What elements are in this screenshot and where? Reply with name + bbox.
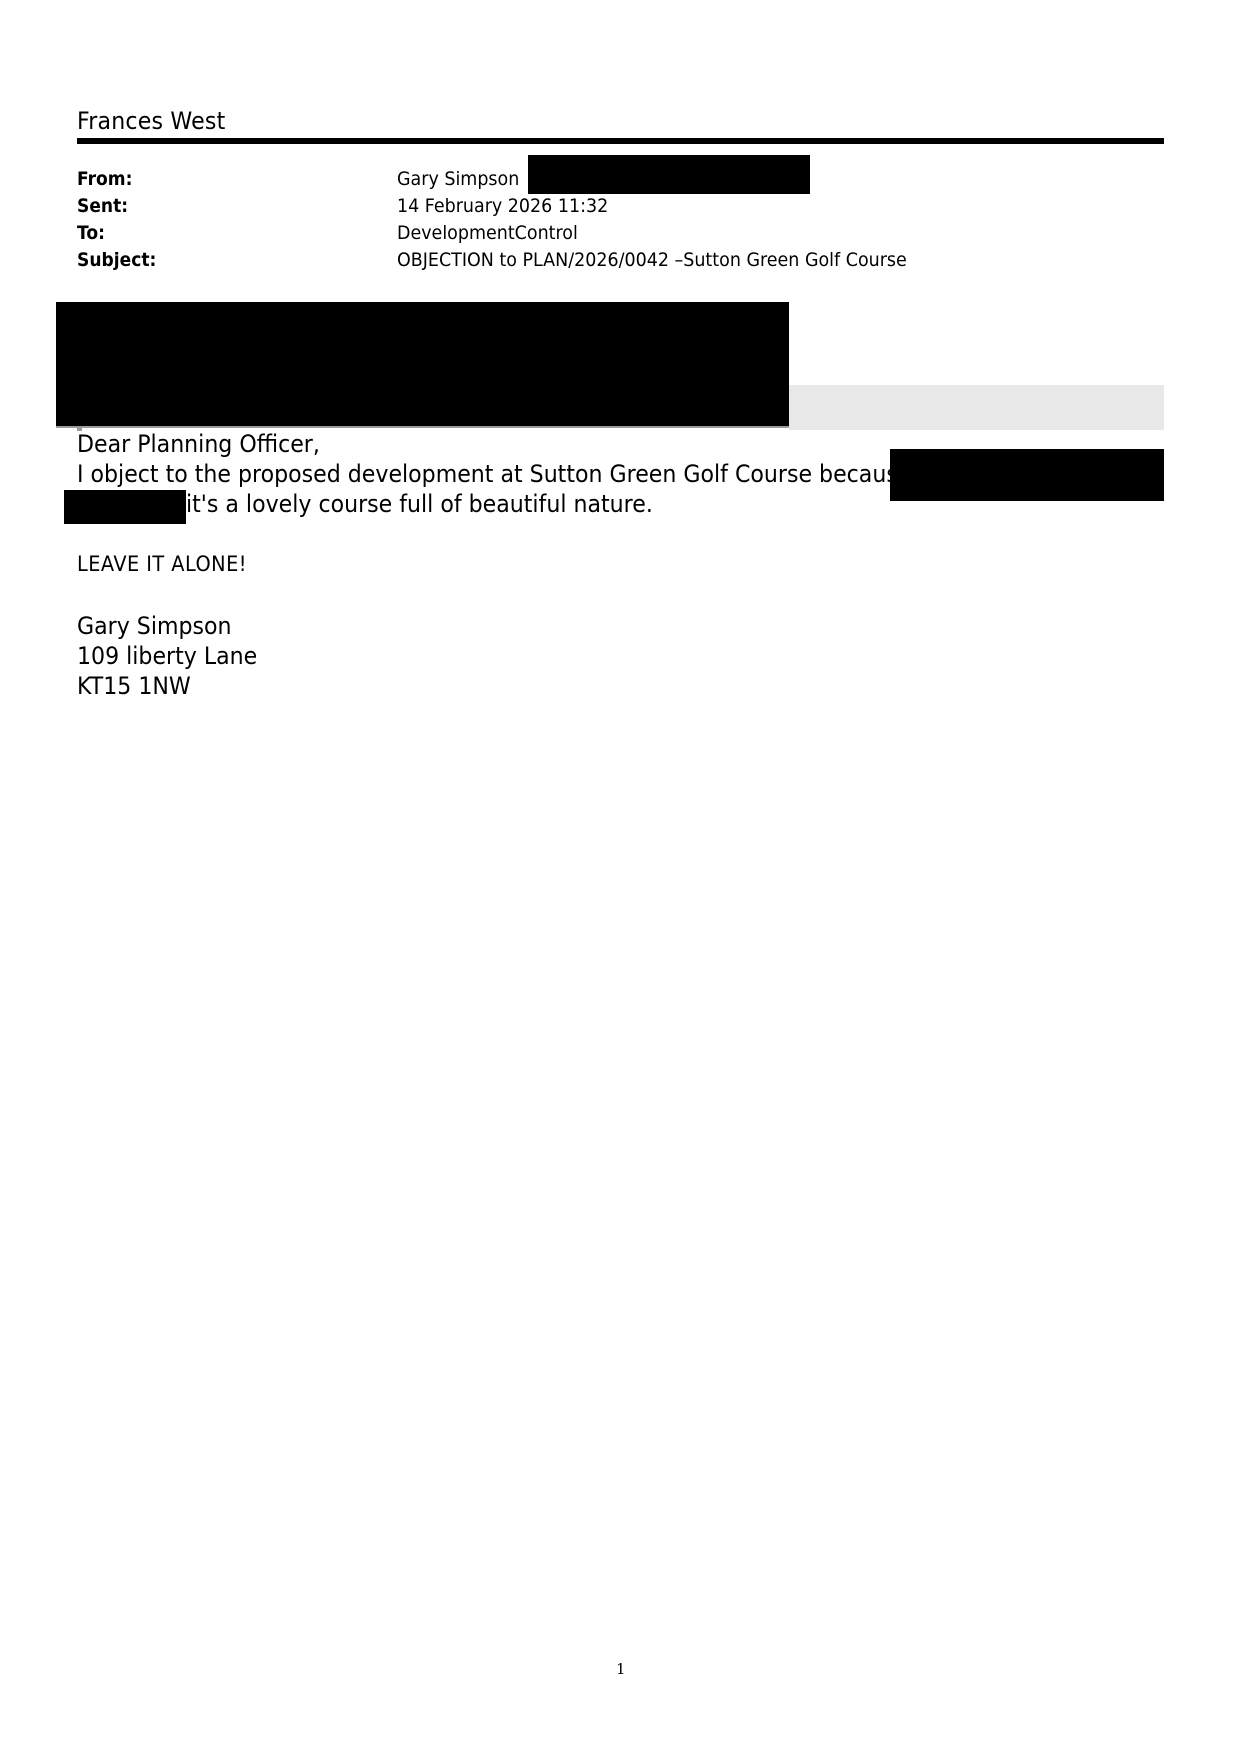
document-title: Frances West	[77, 107, 225, 135]
redaction-block	[56, 302, 789, 426]
to-value: DevelopmentControl	[397, 222, 578, 244]
to-label: To:	[77, 222, 105, 244]
subject-value: OBJECTION to PLAN/2026/0042 –Sutton Gree…	[397, 249, 907, 271]
redaction-sender-email	[528, 155, 810, 194]
body-line-1: I object to the proposed development at …	[77, 460, 911, 488]
page-number: 1	[616, 1660, 626, 1678]
highlight-band	[789, 385, 1164, 430]
greeting: Dear Planning Officer,	[77, 430, 320, 458]
signature-postcode: KT15 1NW	[77, 672, 191, 700]
sent-label: Sent:	[77, 195, 128, 217]
signature-address: 109 liberty Lane	[77, 642, 257, 670]
sent-value: 14 February 2026 11:32	[397, 195, 608, 217]
signature-name: Gary Simpson	[77, 612, 231, 640]
from-value: Gary Simpson	[397, 168, 519, 190]
body-line-2: it's a lovely course full of beautiful n…	[186, 490, 653, 518]
redaction-reason-1	[890, 449, 1164, 501]
exclamation-line: LEAVE IT ALONE!	[77, 552, 247, 576]
title-rule-divider	[77, 138, 1164, 144]
from-label: From:	[77, 168, 132, 190]
subject-label: Subject:	[77, 249, 156, 271]
redaction-reason-2	[64, 490, 186, 524]
